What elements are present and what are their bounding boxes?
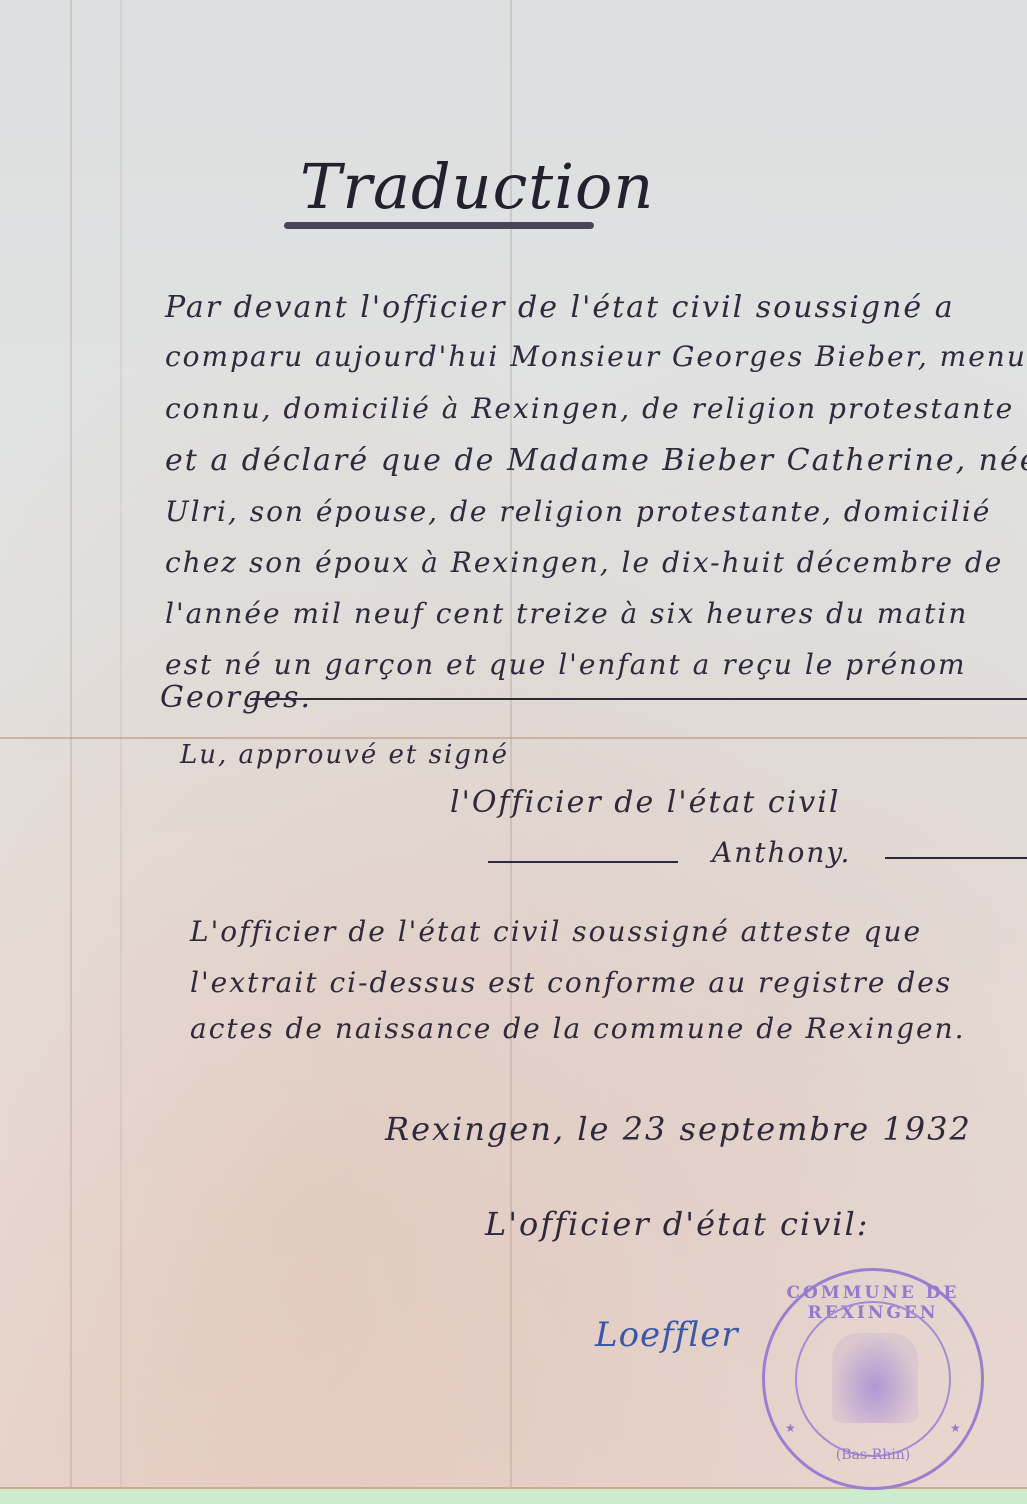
vertical-fold	[70, 0, 72, 1487]
approval-line: Lu, approuvé et signé	[180, 740, 509, 770]
attestation-line: l'extrait ci-dessus est conforme au regi…	[190, 966, 952, 999]
approval-role: l'Officier de l'état civil	[450, 785, 840, 820]
signature-rule-left	[488, 861, 678, 863]
commune-seal-stamp: COMMUNE DE REXINGEN ★ ★ (Bas-Rhin)	[762, 1268, 984, 1490]
body-line: Ulri, son épouse, de religion protestant…	[165, 495, 991, 528]
approval-name: Anthony.	[712, 836, 851, 869]
stamp-bottom-text: (Bas-Rhin)	[765, 1447, 981, 1463]
star-icon: ★	[785, 1421, 796, 1435]
official-signature: Loeffler	[595, 1315, 739, 1355]
stamp-inner-ring	[795, 1301, 951, 1457]
document-page: Traduction Par devant l'officier de l'ét…	[0, 0, 1027, 1489]
star-icon: ★	[950, 1421, 961, 1435]
attestation-line: L'officier de l'état civil soussigné att…	[190, 915, 922, 948]
document-title: Traduction	[300, 150, 654, 223]
attestation-line: actes de naissance de la commune de Rexi…	[190, 1012, 966, 1045]
body-line: Par devant l'officier de l'état civil so…	[165, 290, 955, 325]
closing-role: L'officier d'état civil:	[485, 1205, 869, 1243]
body-line: chez son époux à Rexingen, le dix-huit d…	[165, 546, 1003, 579]
body-line: l'année mil neuf cent treize à six heure…	[165, 597, 968, 630]
signature-rule-right	[885, 857, 1027, 859]
body-line: comparu aujourd'hui Monsieur Georges Bie…	[165, 340, 1027, 373]
title-underline	[284, 222, 594, 229]
body-line: connu, domicilié à Rexingen, de religion…	[165, 392, 1014, 425]
stamp-emblem-icon	[832, 1333, 918, 1423]
body-line: et a déclaré que de Madame Bieber Cather…	[165, 443, 1027, 478]
fill-line	[250, 698, 1027, 700]
place-date: Rexingen, le 23 septembre 1932	[385, 1110, 972, 1148]
horizontal-fold	[0, 737, 1027, 739]
vertical-fold	[120, 0, 122, 1487]
body-line: est né un garçon et que l'enfant a reçu …	[165, 648, 967, 681]
